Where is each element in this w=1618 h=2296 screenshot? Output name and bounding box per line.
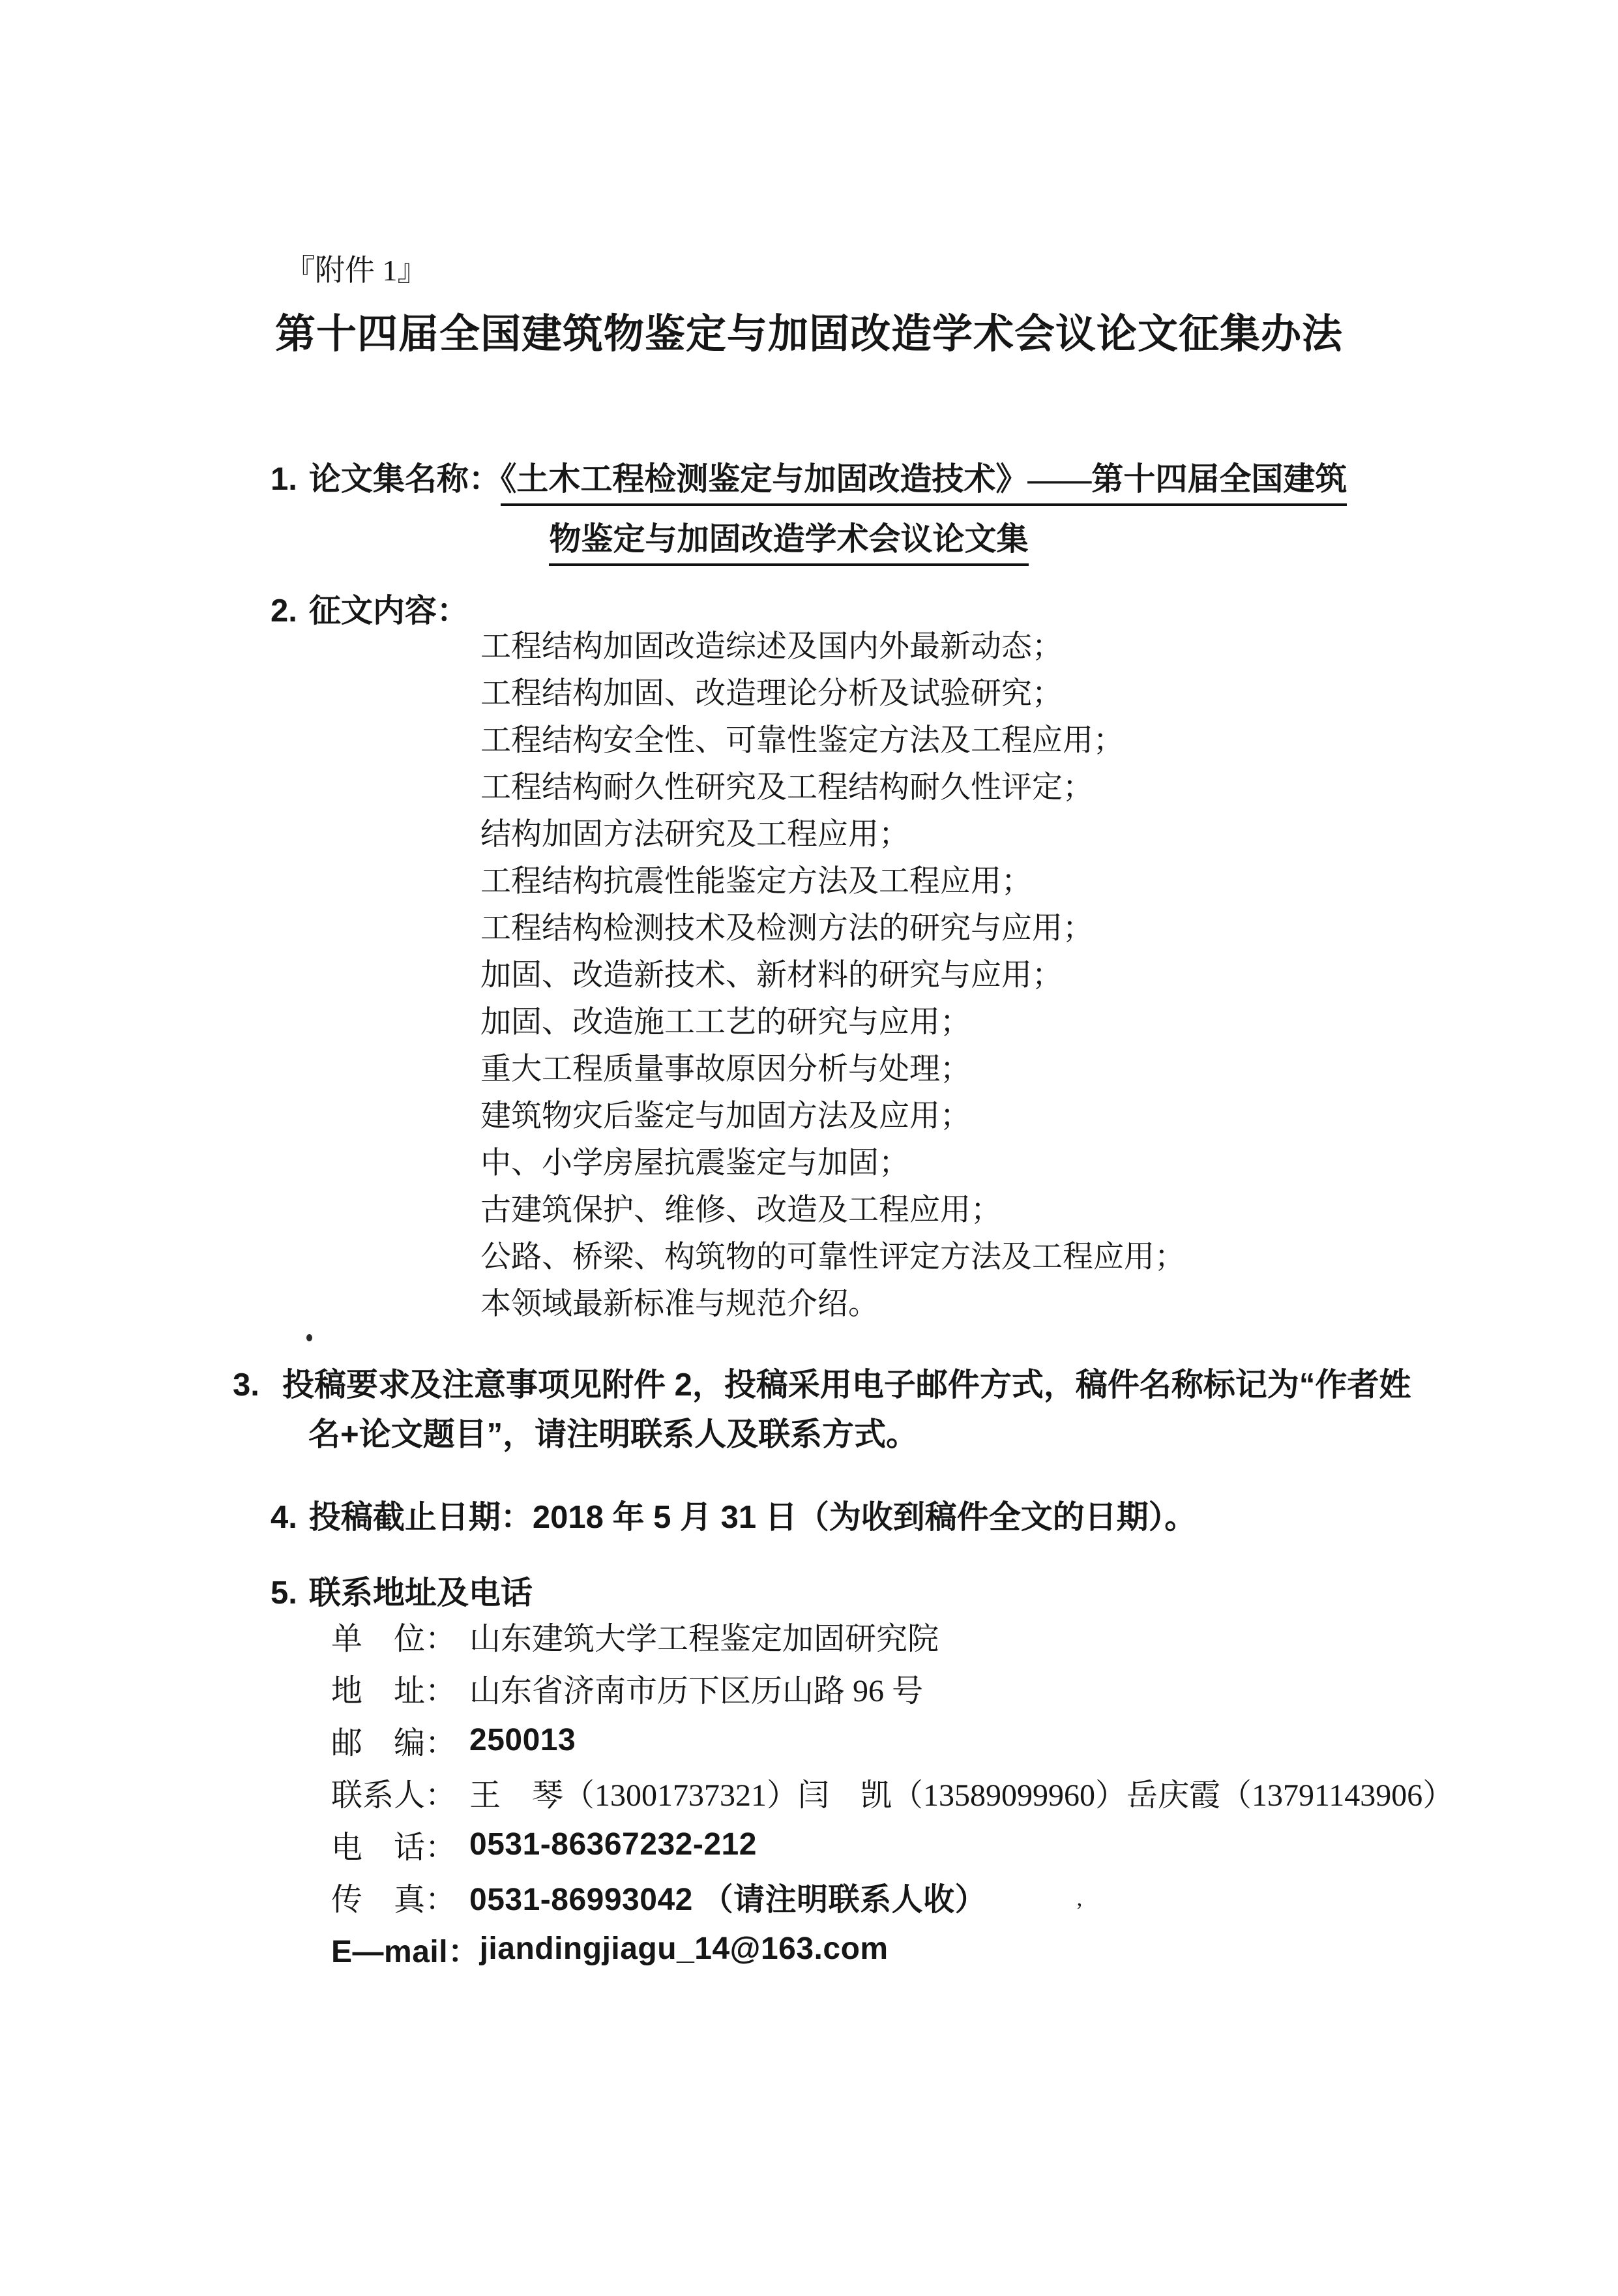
essay-topic-item: 工程结构加固改造综述及国内外最新动态； (480, 623, 1185, 670)
proceedings-title-line2: 物鉴定与加固改造学术会议论文集 (549, 521, 1028, 566)
section-5-number: 5. (271, 1575, 297, 1611)
section-2-label: 征文内容： (309, 593, 469, 629)
essay-topic-item: 加固、改造新技术、新材料的研究与应用； (480, 952, 1185, 999)
contact-value-email: jiandingjiagu_14@163.com (480, 1931, 889, 1967)
section-4-number: 4. (271, 1499, 297, 1536)
contact-label: E—mail： (331, 1926, 480, 1971)
contact-row-contacts: 联系人： 王 琴（13001737321）闫 凯（13589099960）岳庆霞… (331, 1766, 1454, 1818)
essay-topic-item: 工程结构检测技术及检测方法的研究与应用； (480, 905, 1185, 952)
essay-topic-item: 古建筑保护、维修、改造及工程应用； (480, 1187, 1185, 1234)
essay-topic-list: 工程结构加固改造综述及国内外最新动态； 工程结构加固、改造理论分析及试验研究； … (480, 623, 1185, 1328)
essay-topic-item: 工程结构加固、改造理论分析及试验研究； (480, 670, 1185, 717)
contact-row-address: 地 址： 山东省济南市历下区历山路 96 号 (331, 1662, 1454, 1714)
section-1-number: 1. (271, 461, 297, 498)
section-3-text: 投稿要求及注意事项见附件 2，投稿采用电子邮件方式，稿件名称标记为“作者姓名+论… (282, 1367, 1411, 1452)
essay-topic-item: 工程结构安全性、可靠性鉴定方法及工程应用； (480, 717, 1185, 764)
contact-label: 单 位： (331, 1613, 469, 1658)
essay-topic-item: 中、小学房屋抗震鉴定与加固； (480, 1140, 1185, 1187)
contact-row-phone: 电 话： 0531-86367232-212 (331, 1818, 1454, 1870)
essay-topic-item: 结构加固方法研究及工程应用； (480, 811, 1185, 858)
section-1-label: 论文集名称： (309, 462, 501, 497)
essay-topic-item: 工程结构抗震性能鉴定方法及工程应用； (480, 858, 1185, 905)
contact-label: 电 话： (331, 1822, 469, 1867)
attachment-label: 『附件 1』 (285, 246, 428, 290)
document-page: 『附件 1』 第十四届全国建筑物鉴定与加固改造学术会议论文征集办法 1.论文集名… (0, 0, 1618, 2296)
essay-topic-item: 重大工程质量事故原因分析与处理； (480, 1046, 1185, 1093)
essay-topic-item: 建筑物灾后鉴定与加固方法及应用； (480, 1093, 1185, 1140)
contact-row-fax: 传 真： 0531-86993042 （请注明联系人收） (331, 1870, 1454, 1922)
essay-topic-item: 加固、改造施工工艺的研究与应用； (480, 999, 1185, 1046)
section-4-text: 投稿截止日期：2018 年 5 月 31 日（为收到稿件全文的日期）。 (309, 1500, 1196, 1535)
contact-info-block: 单 位： 山东建筑大学工程鉴定加固研究院 地 址： 山东省济南市历下区历山路 9… (331, 1609, 1454, 1975)
contact-label: 邮 编： (331, 1718, 469, 1763)
proceedings-title-line1: 《土木工程检测鉴定与加固改造技术》——第十四届全国建筑 (501, 461, 1347, 506)
contact-row-email: E—mail： jiandingjiagu_14@163.com (331, 1922, 1454, 1975)
section-5-label: 联系地址及电话 (309, 1575, 533, 1611)
essay-topic-item: 工程结构耐久性研究及工程结构耐久性评定； (480, 764, 1185, 811)
section-2-number: 2. (271, 593, 297, 629)
contact-value-persons: 王 琴（13001737321）闫 凯（13589099960）岳庆霞（1379… (469, 1770, 1454, 1815)
essay-topic-item: 公路、桥梁、构筑物的可靠性评定方法及工程应用； (480, 1234, 1185, 1281)
contact-value-postcode: 250013 (469, 1722, 576, 1758)
contact-value-unit: 山东建筑大学工程鉴定加固研究院 (469, 1613, 939, 1658)
scan-ink-mark: ’ (1076, 1899, 1083, 1924)
section-1-proceedings-name: 1.论文集名称：《土木工程检测鉴定与加固改造技术》——第十四届全国建筑 (271, 454, 1347, 499)
contact-label: 地 址： (331, 1665, 469, 1710)
proceedings-title-line2-wrap: 物鉴定与加固改造学术会议论文集 (274, 514, 1304, 559)
essay-topic-item: 本领域最新标准与规范介绍。 (480, 1281, 1185, 1328)
contact-row-postcode: 邮 编： 250013 (331, 1714, 1454, 1766)
section-5-header: 5.联系地址及电话 (271, 1568, 533, 1613)
section-3-submission-requirements: 3.投稿要求及注意事项见附件 2，投稿采用电子邮件方式，稿件名称标记为“作者姓名… (271, 1360, 1417, 1459)
section-4-deadline: 4.投稿截止日期：2018 年 5 月 31 日（为收到稿件全文的日期）。 (271, 1492, 1196, 1538)
contact-label: 传 真： (331, 1874, 469, 1919)
contact-value-address: 山东省济南市历下区历山路 96 号 (469, 1665, 923, 1710)
contact-label: 联系人： (331, 1770, 469, 1815)
document-title: 第十四届全国建筑物鉴定与加固改造学术会议论文征集办法 (0, 301, 1618, 359)
section-2-header: 2.征文内容： (271, 586, 469, 631)
contact-value-fax: 0531-86993042 （请注明联系人收） (469, 1874, 986, 1919)
contact-row-unit: 单 位： 山东建筑大学工程鉴定加固研究院 (331, 1609, 1454, 1662)
contact-value-phone: 0531-86367232-212 (469, 1826, 757, 1862)
scan-speck (306, 1334, 312, 1341)
